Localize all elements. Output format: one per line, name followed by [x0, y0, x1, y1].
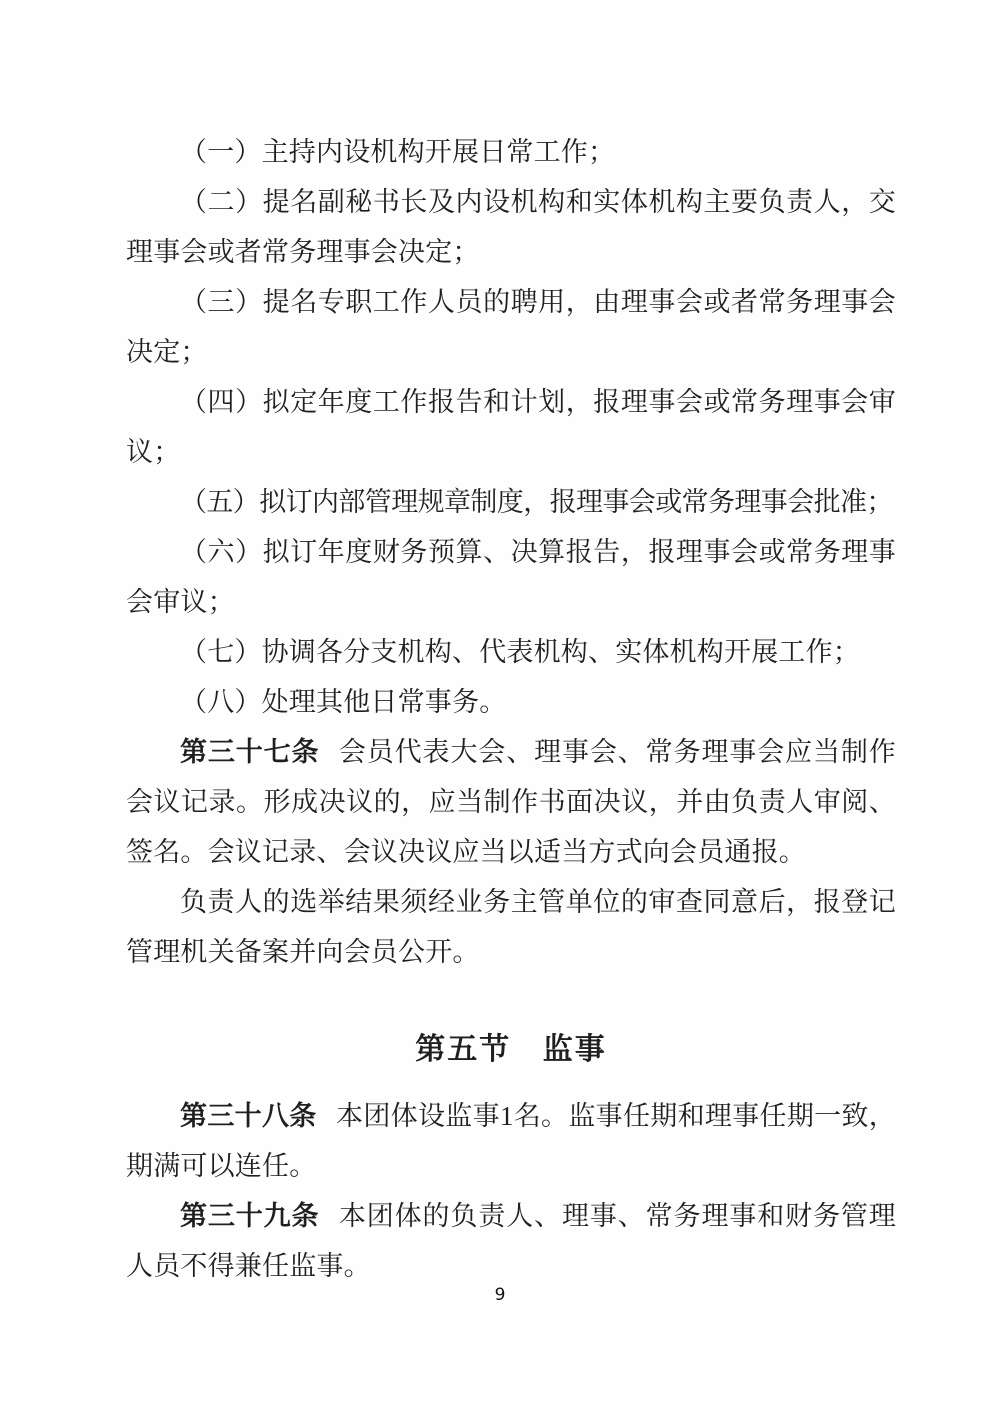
clause-2: （二）提名副秘书长及内设机构和实体机构主要负责人，交理事会或者常务理事会决定； [126, 177, 896, 277]
clause-3: （三）提名专职工作人员的聘用，由理事会或者常务理事会决定； [126, 277, 896, 377]
document-body: （一）主持内设机构开展日常工作； （二）提名副秘书长及内设机构和实体机构主要负责… [126, 127, 896, 1291]
clause-8: （八）处理其他日常事务。 [126, 677, 896, 727]
article-37: 第三十七条会员代表大会、理事会、常务理事会应当制作会议记录。形成决议的，应当制作… [126, 727, 896, 877]
clause-5: （五）拟订内部管理规章制度，报理事会或常务理事会批准； [126, 477, 896, 527]
clause-4: （四）拟定年度工作报告和计划，报理事会或常务理事会审议； [126, 377, 896, 477]
section-5-heading: 第五节监事 [126, 1025, 896, 1075]
article-39: 第三十九条本团体的负责人、理事、常务理事和财务管理人员不得兼任监事。 [126, 1191, 896, 1291]
article-39-number: 第三十九条 [180, 1201, 319, 1231]
page-number: 9 [0, 1283, 1000, 1307]
article-37-number: 第三十七条 [180, 737, 319, 767]
section-5-label: 第五节 [415, 1033, 511, 1066]
clause-7: （七）协调各分支机构、代表机构、实体机构开展工作； [126, 627, 896, 677]
clause-6: （六）拟订年度财务预算、决算报告，报理事会或常务理事会审议； [126, 527, 896, 627]
clause-1: （一）主持内设机构开展日常工作； [126, 127, 896, 177]
paragraph-election-results: 负责人的选举结果须经业务主管单位的审查同意后，报登记管理机关备案并向会员公开。 [126, 877, 896, 977]
document-page: （一）主持内设机构开展日常工作； （二）提名副秘书长及内设机构和实体机构主要负责… [0, 0, 1000, 1414]
section-5-title: 监事 [543, 1033, 607, 1066]
article-38: 第三十八条本团体设监事1名。监事任期和理事任期一致，期满可以连任。 [126, 1091, 896, 1191]
article-38-number: 第三十八条 [180, 1101, 317, 1131]
